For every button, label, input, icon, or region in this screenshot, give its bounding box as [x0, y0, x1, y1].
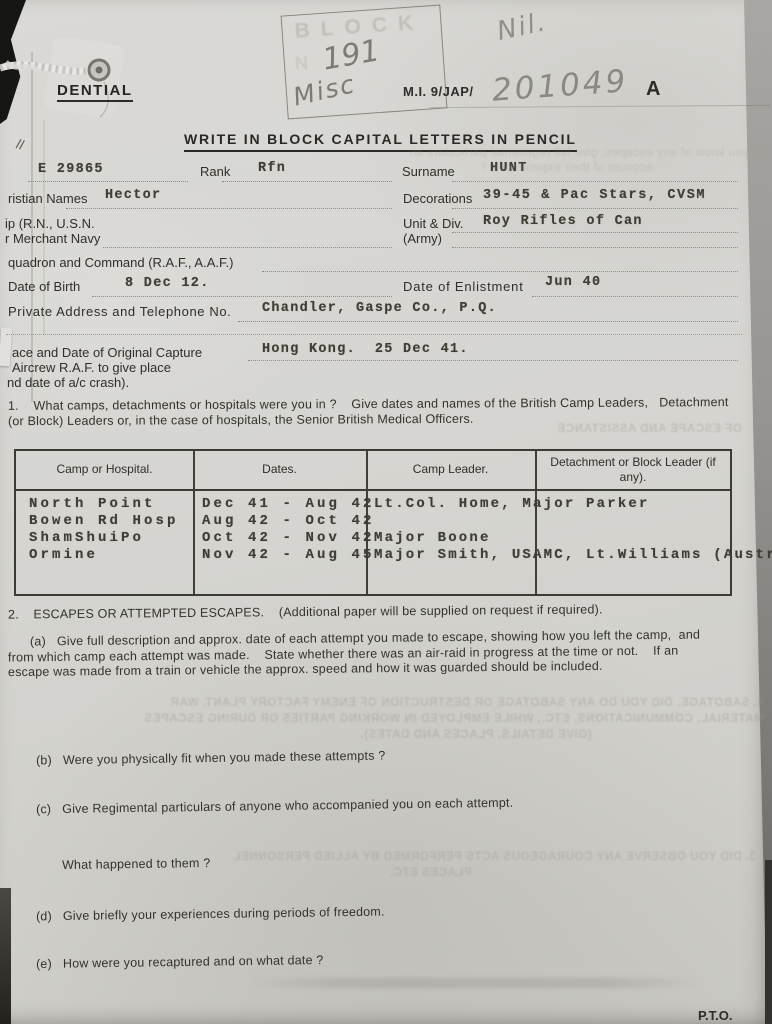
capture-value: Hong Kong. 25 Dec 41.: [262, 342, 469, 357]
unit-value: Roy Rifles of Can: [483, 214, 643, 229]
field-line: [452, 181, 738, 182]
scanned-document-page: DENTIAL BLOCK N 191 Misc M.I. 9/JAP/ 201…: [0, 0, 772, 1024]
question2-c-followup: What happened to them ?: [62, 856, 211, 872]
col-header-camp: Camp or Hospital.: [16, 462, 193, 476]
separator-line: [6, 334, 742, 335]
field-line: [452, 208, 738, 209]
dates-cell: Dec 41 - Aug 42: [202, 496, 375, 512]
serial-value: E 29865: [38, 162, 104, 177]
squadron-label: quadron and Command (R.A.F., A.A.F.): [8, 255, 233, 270]
field-line: [532, 296, 738, 297]
enlistment-value: Jun 40: [545, 275, 601, 290]
binding-string: [0, 38, 150, 118]
stamp-misc-handwritten: Misc: [290, 69, 358, 111]
block-stamp-box: BLOCK N 191 Misc: [281, 5, 448, 120]
bleedthrough-smudge: [250, 978, 700, 988]
leader-cell: Major Smith, USAMC, Lt.Williams (Austral: [374, 547, 772, 563]
field-line: [222, 181, 392, 182]
pto-note: P.T.O.: [698, 1008, 732, 1023]
decorations-value: 39-45 & Pac Stars, CVSM: [483, 188, 706, 203]
question1-line2: (or Block) Leaders or, in the case of ho…: [8, 412, 474, 428]
field-line: [92, 296, 392, 297]
field-line: [28, 181, 188, 182]
enlistment-label: Date of Enlistment: [403, 279, 524, 294]
ship-label-line2: r Merchant Navy: [5, 231, 100, 246]
rank-value: Rfn: [258, 161, 286, 176]
col-header-detachment: Detachment or Block Leader (if any).: [550, 455, 716, 485]
bleedthrough-text: 3. DID YOU OBSERVE ANY COURAGEOUS ACTS P…: [233, 851, 756, 863]
ship-label-line1: ip (R.N., U.S.N.: [5, 216, 95, 231]
camp-cell: Bowen Rd Hosp: [29, 513, 179, 529]
dates-cell: Nov 42 - Aug 45: [202, 547, 375, 563]
column-divider: [535, 451, 537, 594]
dark-edge-bottom-right: [765, 860, 772, 1024]
capture-label-line1: ace and Date of Original Capture: [12, 345, 202, 360]
capture-label-line3: nd date of a/c crash).: [7, 375, 129, 390]
field-line: [66, 208, 392, 209]
bleedthrough-text: MATERIAL, COMMUNICATIONS, ETC., WHILE EM…: [144, 713, 764, 725]
dob-value: 8 Dec 12.: [125, 276, 210, 291]
field-line: [262, 271, 738, 272]
field-line: [103, 247, 392, 248]
rank-label: Rank: [200, 164, 230, 179]
leader-cell: Lt.Col. Home, Major Parker: [374, 496, 650, 512]
confidential-fragment: DENTIAL: [57, 82, 133, 102]
unit-div-label: Unit & Div.: [403, 216, 463, 231]
bleedthrough-text: OF ESCAPE AND ASSISTANCE: [557, 423, 742, 435]
bleedthrough-text: PLACES ETC.: [389, 867, 472, 879]
surname-label: Surname: [402, 164, 455, 179]
series-letter: A: [646, 78, 660, 101]
dark-edge-bottom-left: [0, 888, 11, 1024]
bleedthrough-text: Do you know of any escapes; give full re…: [409, 147, 768, 159]
field-line: [452, 247, 738, 248]
christian-names-value: Hector: [105, 188, 161, 203]
christian-names-label: ristian Names: [8, 191, 87, 206]
camps-table: Camp or Hospital. Dates. Camp Leader. De…: [14, 449, 732, 596]
camp-cell: Ormine: [29, 547, 98, 563]
bleedthrough-text: 4. SABOTAGE. DID YOU DO ANY SABOTAGE OR …: [170, 697, 764, 709]
field-line: [238, 321, 738, 322]
army-label: (Army): [403, 231, 442, 246]
camp-cell: North Point: [29, 496, 156, 512]
address-value: Chandler, Gaspe Co., P.Q.: [262, 301, 497, 316]
col-header-dates: Dates.: [193, 462, 366, 476]
decorations-label: Decorations: [403, 191, 472, 206]
dates-cell: Aug 42 - Oct 42: [202, 513, 375, 529]
dob-label: Date of Birth: [8, 279, 80, 294]
stamp-no-label: N: [294, 53, 308, 75]
capture-label-line2: Aircrew R.A.F. to give place: [12, 360, 171, 375]
header-divider: [16, 489, 730, 491]
mi9-reference: M.I. 9/JAP/: [403, 84, 474, 99]
field-line: [452, 232, 738, 233]
dates-cell: Oct 42 - Nov 42: [202, 530, 375, 546]
camp-cell: ShamShuiPo: [29, 530, 144, 546]
bleedthrough-text: (GIVE DETAILS, PLACES AND DATES).: [360, 729, 592, 741]
field-line: [248, 360, 738, 361]
leader-cell: Major Boone: [374, 530, 491, 546]
bleedthrough-text: account of their experiences ?: [481, 162, 652, 174]
col-header-leader: Camp Leader.: [366, 462, 535, 476]
address-label: Private Address and Telephone No.: [8, 304, 231, 319]
